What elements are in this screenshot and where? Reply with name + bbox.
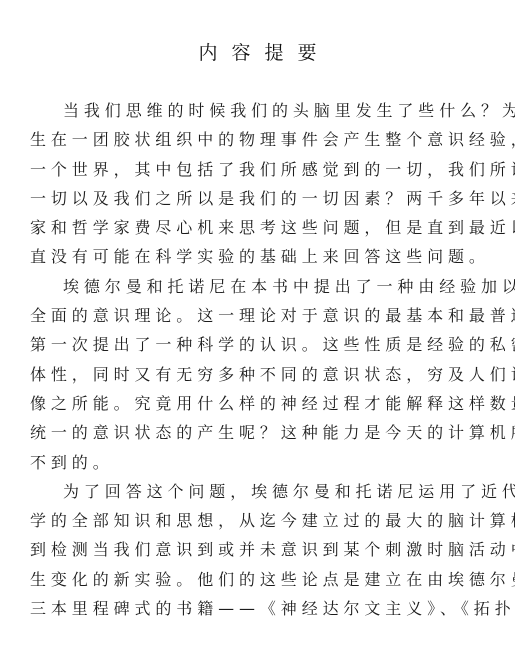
text-line: 统一的意识状态的产生呢？这种能力是今天的计算机所远远达 <box>30 418 450 447</box>
text-line: 一个世界，其中包括了我们所感觉到的一切，我们所认识到的 <box>30 155 450 184</box>
text-line: 全面的意识理论。这一理论对于意识的最基本和最普遍的性质 <box>30 301 450 330</box>
text-line: 体性，同时又有无穷多种不同的意识状态，穷及人们记忆和想 <box>30 360 450 389</box>
page-title: 内容提要 <box>0 38 515 65</box>
paragraph-first-line: 为了回答这个问题，埃德尔曼和托诺尼运用了近代神经科 <box>30 477 450 506</box>
body-text: 当我们思维的时候我们的头脑里发生了些什么？为什么发生在一团胶状组织中的物理事件会… <box>30 96 450 623</box>
text-line: 生在一团胶状组织中的物理事件会产生整个意识经验，会产生 <box>30 125 450 154</box>
text-line: 学的全部知识和思想，从迄今建立过的最大的脑计算机模型，直 <box>30 506 450 535</box>
text-line: 三本里程碑式的书籍——《神经达尔文主义》、《拓扑生物学》和 <box>30 594 450 623</box>
text-line: 直没有可能在科学实验的基础上来回答这些问题。 <box>30 242 450 271</box>
document-page: 内容提要 当我们思维的时候我们的头脑里发生了些什么？为什么发生在一团胶状组织中的… <box>0 0 515 653</box>
text-line: 一切以及我们之所以是我们的一切因素？两千多年以来，科学 <box>30 184 450 213</box>
paragraph-first-line: 埃德尔曼和托诺尼在本书中提出了一种由经验加以支持的 <box>30 272 450 301</box>
text-line: 到检测当我们意识到或并未意识到某个刺激时脑活动中实际发 <box>30 535 450 564</box>
paragraph-first-line: 当我们思维的时候我们的头脑里发生了些什么？为什么发 <box>30 96 450 125</box>
text-line: 不到的。 <box>30 448 450 477</box>
text-line: 第一次提出了一种科学的认识。这些性质是经验的私密性和整 <box>30 330 450 359</box>
text-line: 家和哲学家费尽心机来思考这些问题，但是直到最近以前，一 <box>30 213 450 242</box>
text-line: 像之所能。究竟用什么样的神经过程才能解释这样数量巨大的 <box>30 389 450 418</box>
text-line: 生变化的新实验。他们的这些论点是建立在由埃德尔曼在他的 <box>30 565 450 594</box>
